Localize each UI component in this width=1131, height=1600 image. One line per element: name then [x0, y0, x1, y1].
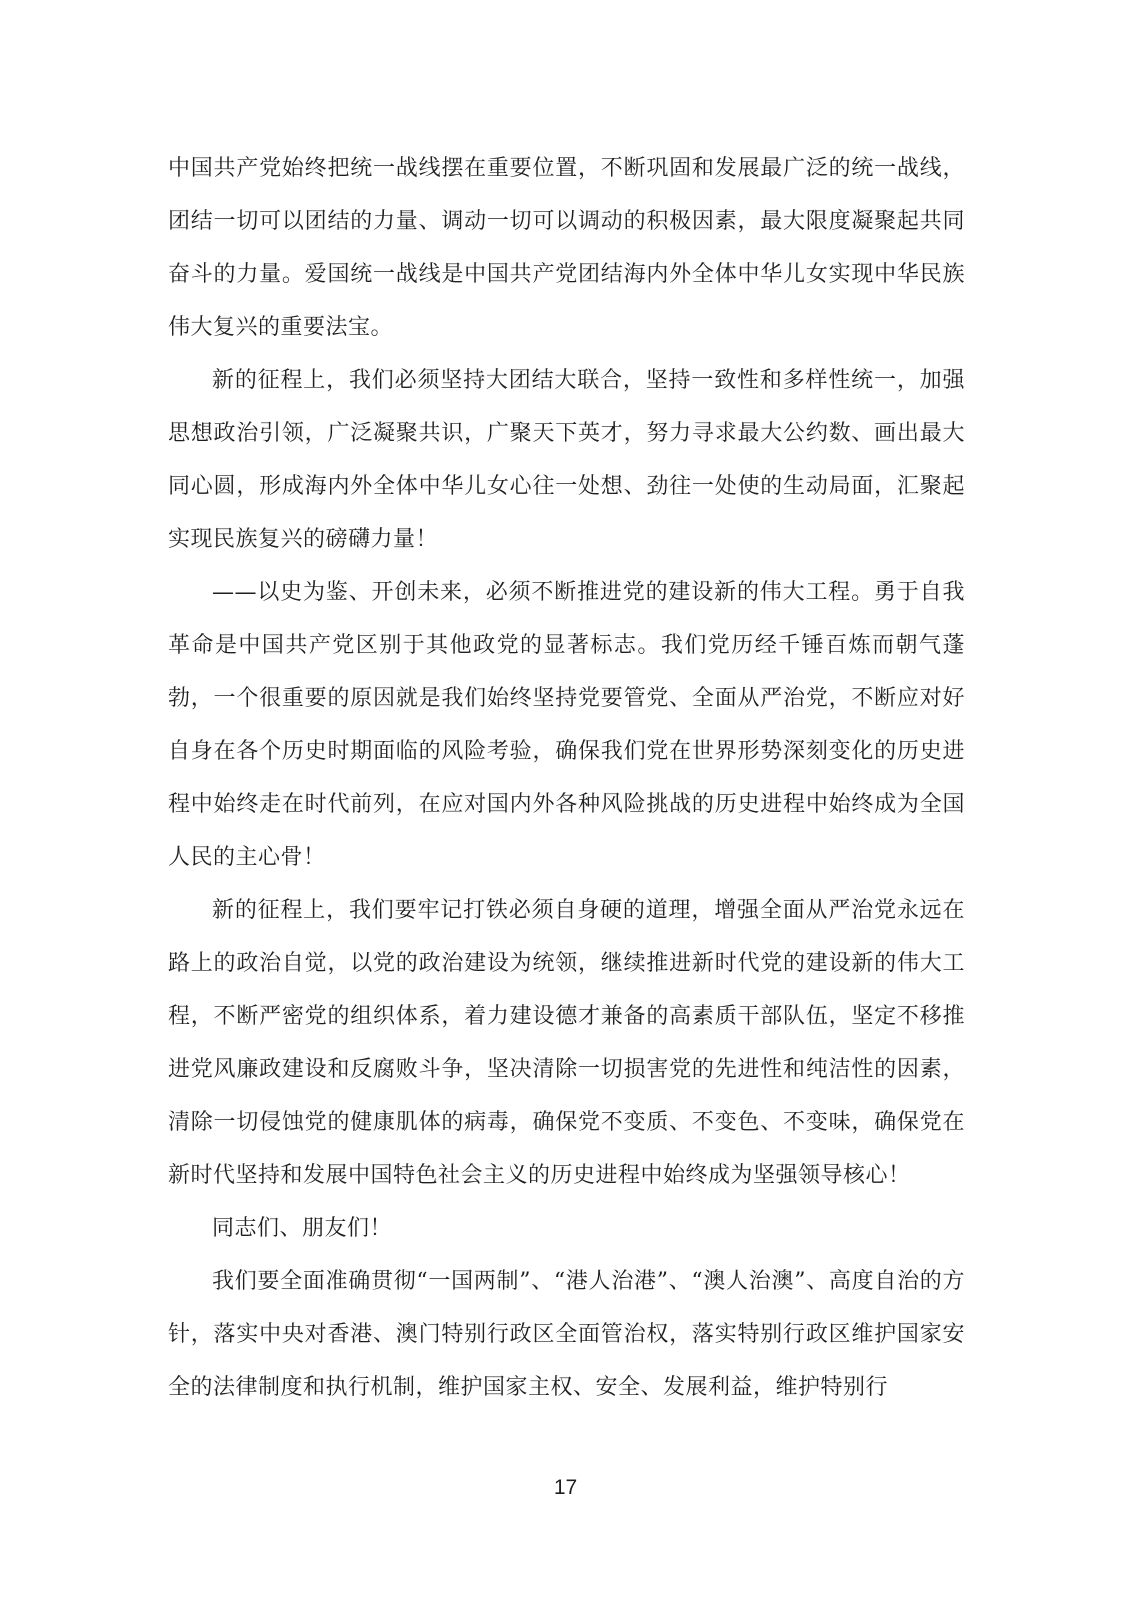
- paragraph: ——以史为鉴、开创未来，必须不断推进党的建设新的伟大工程。勇于自我革命是中国共产…: [168, 566, 965, 884]
- page-number: 17: [554, 1476, 577, 1499]
- document-page: 中国共产党始终把统一战线摆在重要位置，不断巩固和发展最广泛的统一战线，团结一切可…: [0, 0, 1131, 1600]
- paragraph: 中国共产党始终把统一战线摆在重要位置，不断巩固和发展最广泛的统一战线，团结一切可…: [168, 142, 965, 354]
- paragraph: 新的征程上，我们必须坚持大团结大联合，坚持一致性和多样性统一，加强思想政治引领，…: [168, 354, 965, 566]
- page-footer: 17: [0, 1476, 1131, 1500]
- paragraph: 同志们、朋友们！: [168, 1202, 965, 1255]
- document-body: 中国共产党始终把统一战线摆在重要位置，不断巩固和发展最广泛的统一战线，团结一切可…: [168, 142, 965, 1414]
- paragraph: 我们要全面准确贯彻“一国两制”、“港人治港”、“澳人治澳”、高度自治的方针，落实…: [168, 1255, 965, 1414]
- paragraph: 新的征程上，我们要牢记打铁必须自身硬的道理，增强全面从严治党永远在路上的政治自觉…: [168, 884, 965, 1202]
